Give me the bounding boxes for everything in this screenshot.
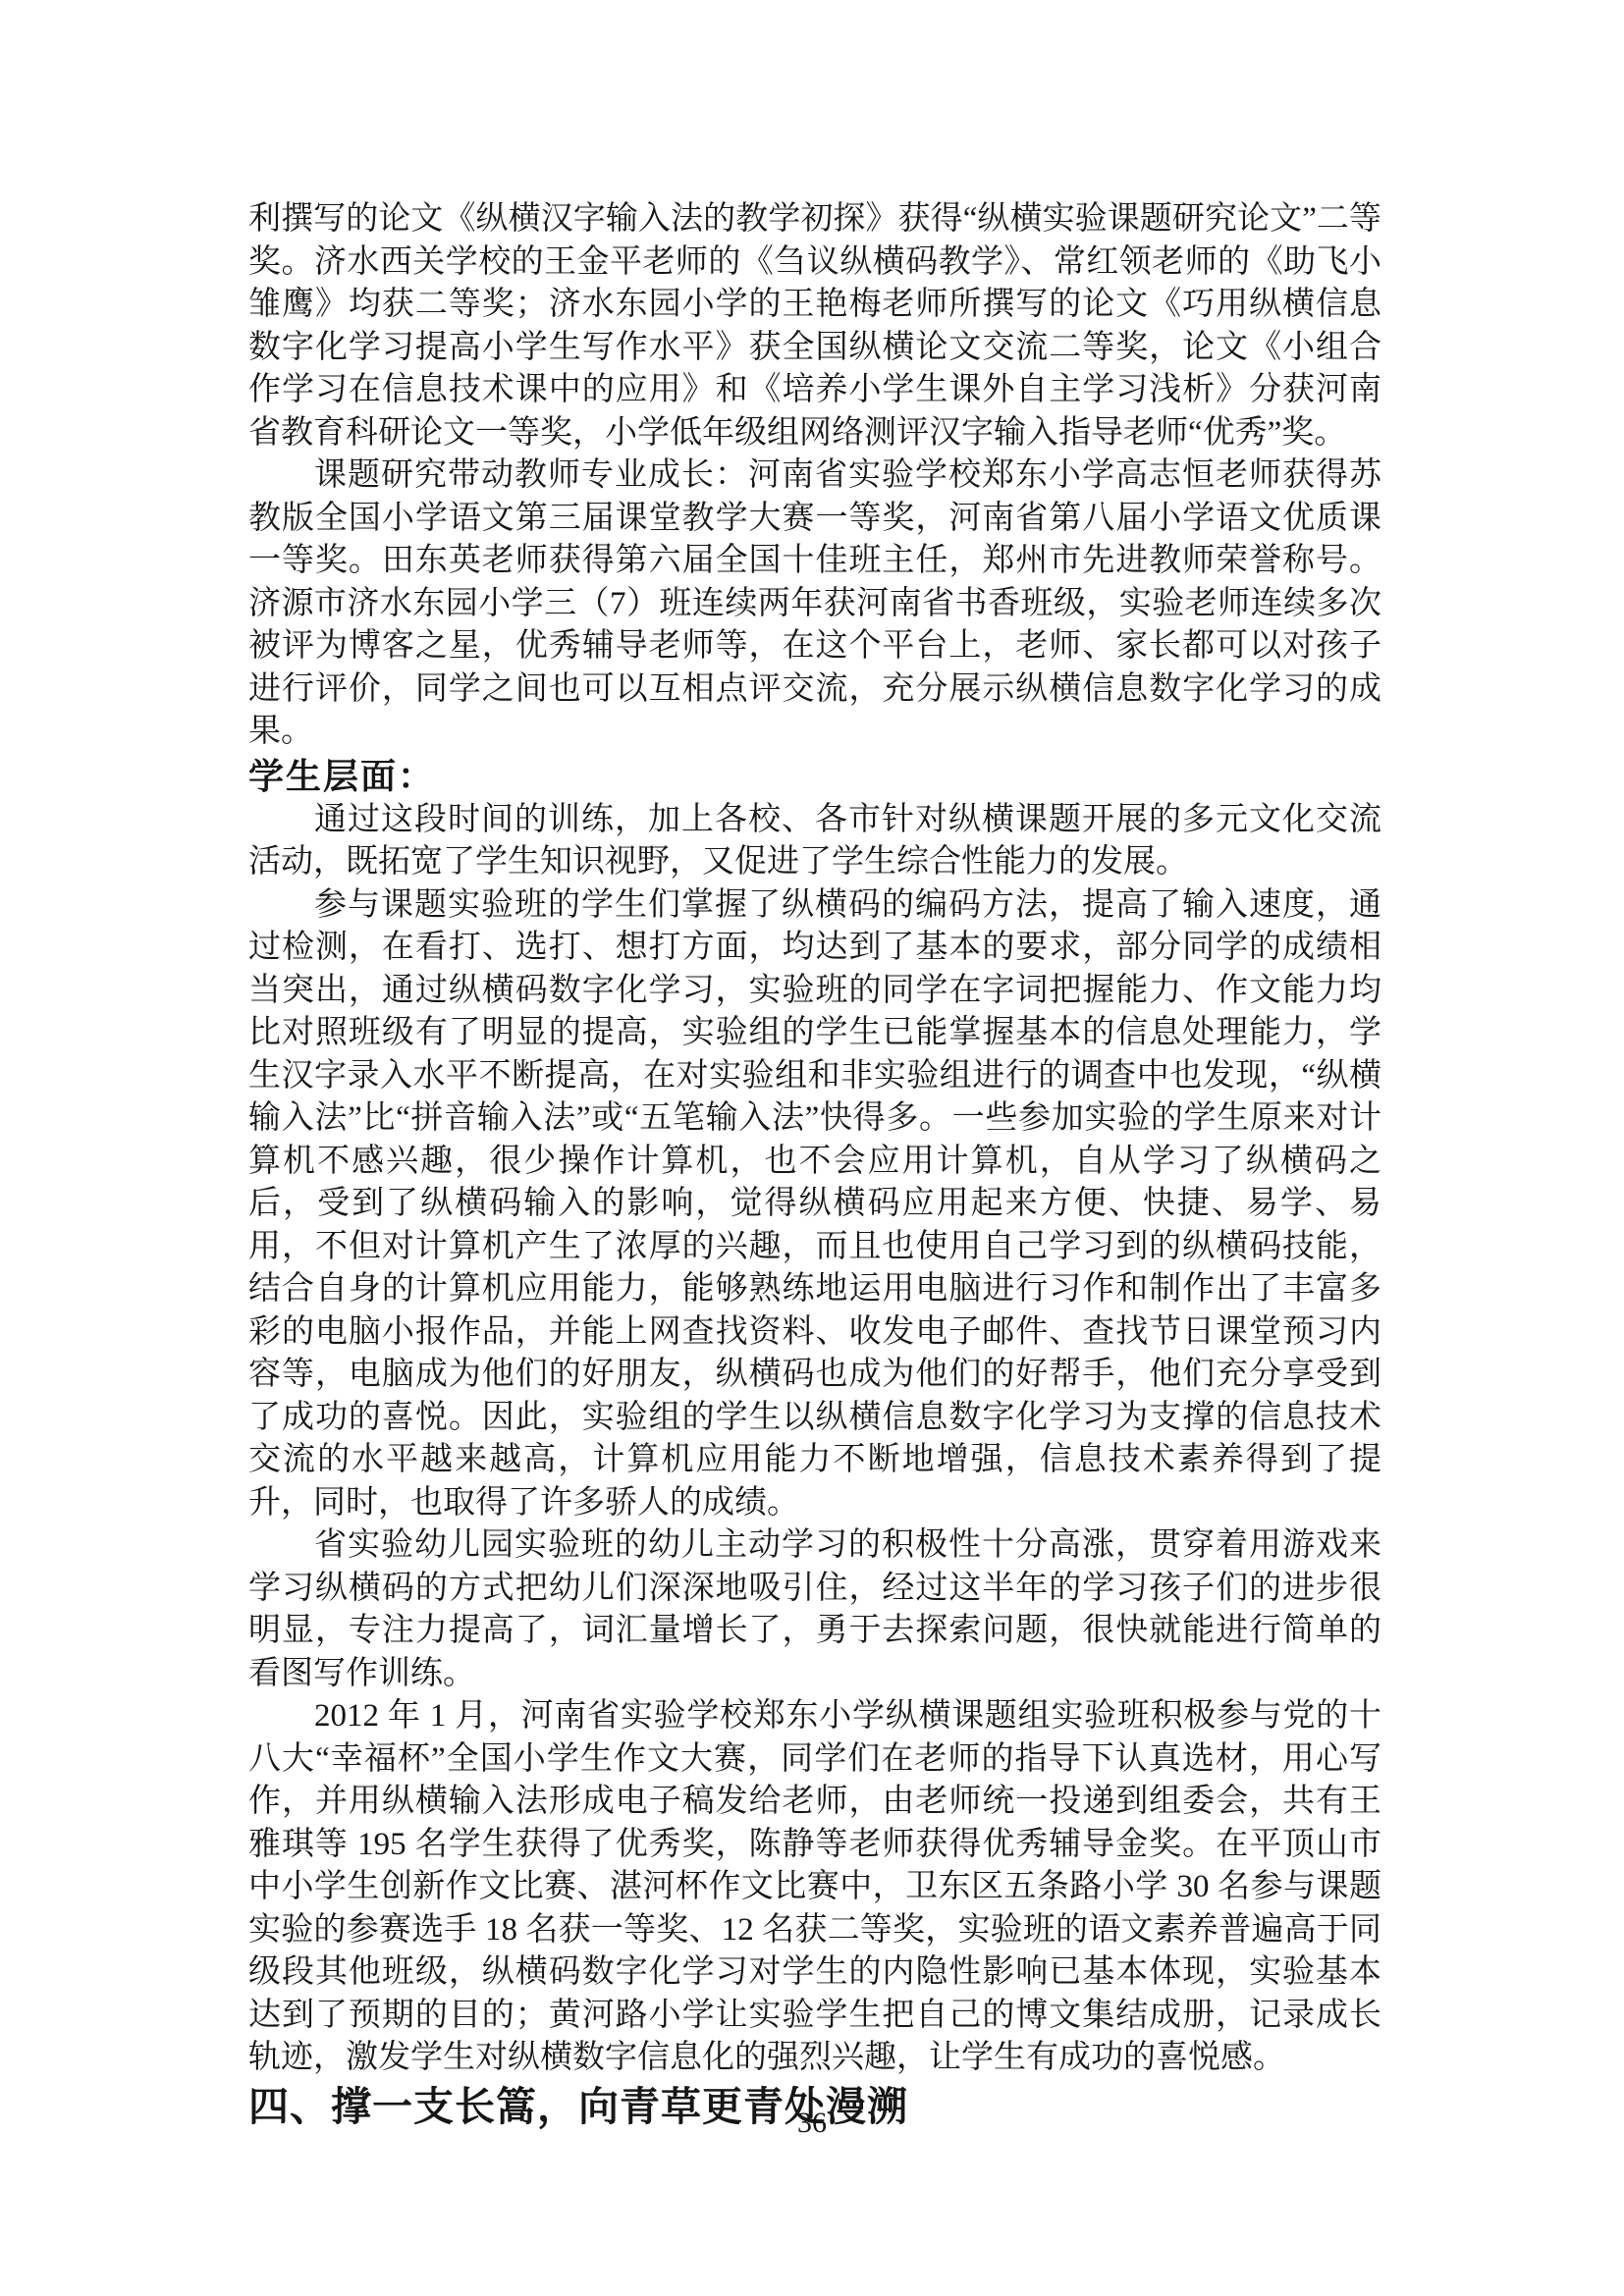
document-page: 利撰写的论文《纵横汉字输入法的教学初探》获得“纵横实验课题研究论文”二等奖。济水… <box>0 0 1624 2296</box>
page-number: 36 <box>0 2106 1624 2141</box>
body-paragraph: 课题研究带动教师专业成长：河南省实验学校郑东小学高志恒老师获得苏教版全国小学语文… <box>248 454 1381 754</box>
body-paragraph: 利撰写的论文《纵横汉字输入法的教学初探》获得“纵横实验课题研究论文”二等奖。济水… <box>248 198 1381 454</box>
document-body: 利撰写的论文《纵横汉字输入法的教学初探》获得“纵横实验课题研究论文”二等奖。济水… <box>248 198 1381 2133</box>
body-paragraph: 省实验幼儿园实验班的幼儿主动学习的积极性十分高涨，贯穿着用游戏来学习纵横码的方式… <box>248 1524 1381 1695</box>
body-paragraph: 2012 年 1 月，河南省实验学校郑东小学纵横课题组实验班积极参与党的十八大“… <box>248 1695 1381 2080</box>
body-paragraph: 参与课题实验班的学生们掌握了纵横码的编码方法，提高了输入速度，通过检测，在看打、… <box>248 884 1381 1525</box>
section-heading-students: 学生层面： <box>248 754 1381 799</box>
body-paragraph: 通过这段时间的训练，加上各校、各市针对纵横课题开展的多元文化交流活动，既拓宽了学… <box>248 799 1381 884</box>
